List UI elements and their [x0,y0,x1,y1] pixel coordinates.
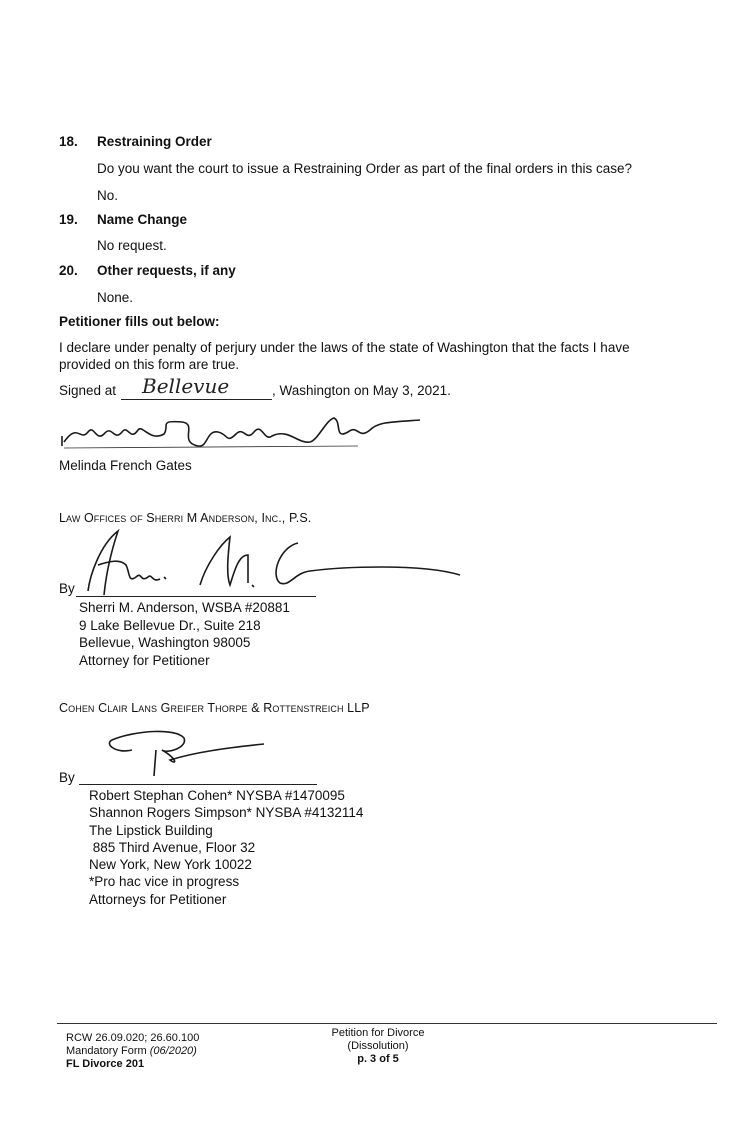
signed-at-line [121,399,272,400]
section-18-title: Restraining Order [97,134,212,149]
attorney1-signature [80,525,480,605]
firm1-attorney: Sherri M. Anderson, WSBA #20881 [79,599,290,617]
firm2-details: Robert Stephan Cohen* NYSBA #1470095 Sha… [89,787,363,908]
firm1-address-line1: 9 Lake Bellevue Dr., Suite 218 [79,617,290,635]
signed-at-label: Signed at [59,383,116,398]
firm1-by-label: By [59,581,75,596]
firm1-name: Law Offices of Sherri M Anderson, Inc., … [59,511,311,525]
firm2-signature-line [79,784,317,785]
footer-form-date: (06/2020) [150,1045,197,1057]
section-19-answer: No request. [97,238,167,253]
attorney2-signature [96,728,276,783]
section-18-answer: No. [97,188,118,203]
firm2-attorney1: Robert Stephan Cohen* NYSBA #1470095 [89,787,363,804]
footer-form-label: Mandatory Form (06/2020) [66,1045,199,1058]
section-18-question: Do you want the court to issue a Restrai… [97,161,632,176]
footer-doc-subtitle: (Dissolution) [328,1040,428,1053]
section-20-number: 20. [59,263,78,278]
footer-center: Petition for Divorce (Dissolution) p. 3 … [328,1027,428,1066]
footer-page-number: p. 3 of 5 [328,1053,428,1066]
section-20-title: Other requests, if any [97,263,236,278]
firm2-building: The Lipstick Building [89,822,363,839]
section-20-answer: None. [97,290,133,305]
section-19-title: Name Change [97,212,187,227]
firm2-note: *Pro hac vice in progress [89,873,363,890]
footer-form-id: FL Divorce 201 [66,1058,199,1071]
firm1-address-line2: Bellevue, Washington 98005 [79,634,290,652]
declaration-text-line1: I declare under penalty of perjury under… [59,340,630,355]
firm1-signature-line [76,596,316,597]
firm2-by-label: By [59,770,75,785]
firm1-role: Attorney for Petitioner [79,652,290,670]
declaration-text-line2: provided on this form are true. [59,357,239,372]
firm2-role: Attorneys for Petitioner [89,891,363,908]
petitioner-name: Melinda French Gates [59,458,192,473]
section-18-number: 18. [59,134,78,149]
petitioner-signature [58,412,428,462]
footer-left: RCW 26.09.020; 26.60.100 Mandatory Form … [66,1032,199,1071]
firm2-address-line2: New York, New York 10022 [89,856,363,873]
firm1-details: Sherri M. Anderson, WSBA #20881 9 Lake B… [79,599,290,669]
signed-at-value: Bellevue [142,374,229,398]
declaration-heading: Petitioner fills out below: [59,314,220,329]
section-19-number: 19. [59,212,78,227]
footer-rule [57,1023,717,1024]
firm2-name: Cohen Clair Lans Greifer Thorpe & Rotten… [59,701,370,715]
firm2-address-line1: 885 Third Avenue, Floor 32 [89,839,363,856]
footer-doc-title: Petition for Divorce [328,1027,428,1040]
firm2-attorney2: Shannon Rogers Simpson* NYSBA #4132114 [89,804,363,821]
footer-statute: RCW 26.09.020; 26.60.100 [66,1032,199,1045]
signed-date: , Washington on May 3, 2021. [272,383,451,398]
